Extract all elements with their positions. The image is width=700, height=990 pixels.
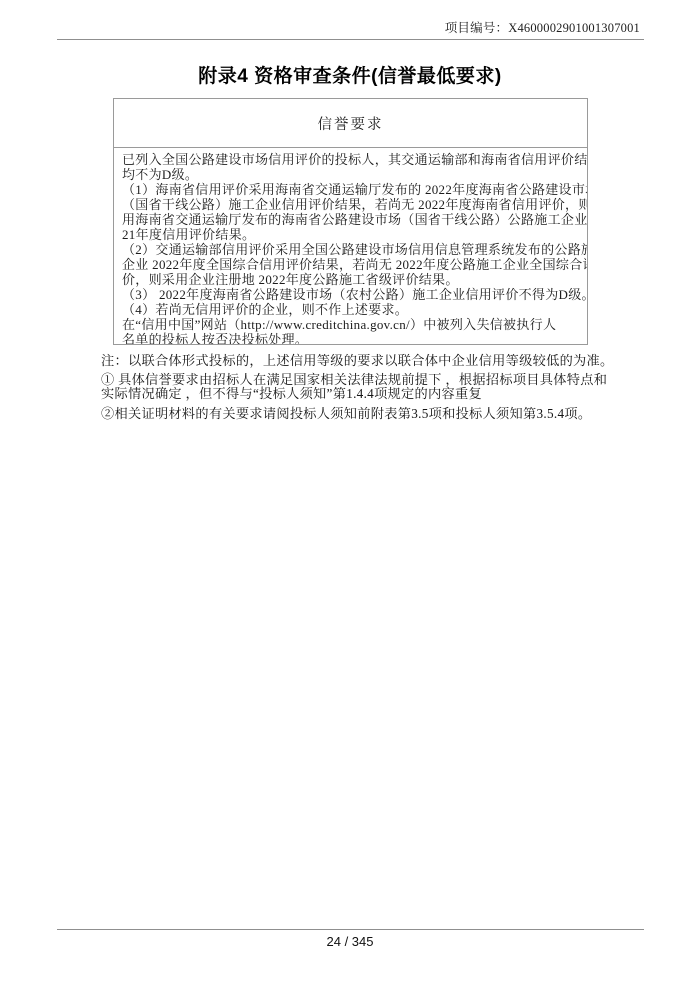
notes-section: 注：以联合体形式投标的，上述信用等级的要求以联合体中企业信用等级较低的为准。 ①… <box>101 354 603 421</box>
table-header-cell: 信誉要求 <box>114 99 587 148</box>
table-body-line: 在“信用中国”网站（http://www.creditchina.gov.cn/… <box>122 317 580 332</box>
table-body-cell: 已列入全国公路建设市场信用评价的投标人，其交通运输部和海南省信用评价结果 均不为… <box>114 148 587 344</box>
table-body-line: 企业 2022年度全国综合信用评价结果，若尚无 2022年度公路施工企业全国综合… <box>122 257 580 272</box>
table-body-line: （2）交通运输部信用评价采用全国公路建设市场信用信息管理系统发布的公路施工 <box>122 242 580 257</box>
table-body-line: 已列入全国公路建设市场信用评价的投标人，其交通运输部和海南省信用评价结果 <box>122 152 580 167</box>
document-page: 项目编号：X4600002901001307001 附录4 资格审查条件(信誉最… <box>0 0 700 990</box>
footer-divider <box>57 929 644 930</box>
table-body-line: （国省干线公路）施工企业信用评价结果，若尚无 2022年度海南省信用评价，则采 <box>122 197 580 212</box>
project-number-header: 项目编号：X4600002901001307001 <box>57 18 644 40</box>
table-body-line: 名单的投标人按否决投标处理。 <box>122 332 580 344</box>
table-body-line: （4）若尚无信用评价的企业，则不作上述要求。 <box>122 302 580 317</box>
note-line: 实际情况确定 ，但不得与“投标人须知”第1.4.4项规定的内容重复 <box>101 387 603 402</box>
table-body-line: （3） 2022年度海南省公路建设市场（农村公路）施工企业信用评价不得为D级。 <box>122 287 580 302</box>
note-line: ① 具体信誉要求由招标人在满足国家相关法律法规前提下 ，根据招标项目具体特点和 <box>101 373 603 388</box>
note-line: 注：以联合体形式投标的，上述信用等级的要求以联合体中企业信用等级较低的为准。 <box>101 354 603 369</box>
credit-requirement-table: 信誉要求 已列入全国公路建设市场信用评价的投标人，其交通运输部和海南省信用评价结… <box>113 98 588 345</box>
table-body-line: （1）海南省信用评价采用海南省交通运输厅发布的 2022年度海南省公路建设市场 <box>122 182 580 197</box>
table-body-line: 21年度信用评价结果。 <box>122 227 580 242</box>
note-line: ②相关证明材料的有关要求请阅投标人须知前附表第3.5项和投标人须知第3.5.4项… <box>101 407 603 422</box>
page-title: 附录4 资格审查条件(信誉最低要求) <box>0 61 700 88</box>
table-body-line: 均不为D级。 <box>122 167 580 182</box>
table-body-line: 用海南省交通运输厅发布的海南省公路建设市场（国省干线公路）公路施工企业 20 <box>122 212 580 227</box>
table-body-line: 价，则采用企业注册地 2022年度公路施工省级评价结果。 <box>122 272 580 287</box>
page-number: 24 / 345 <box>0 934 700 949</box>
